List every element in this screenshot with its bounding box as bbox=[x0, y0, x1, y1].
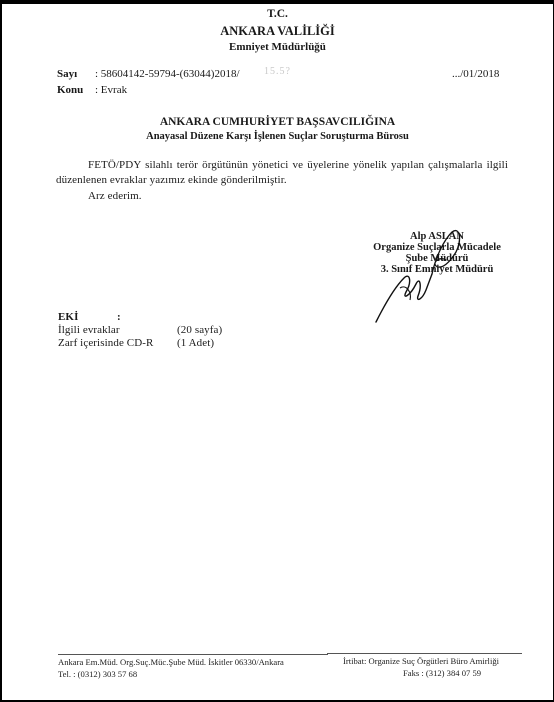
document-page: T.C. ANKARA VALİLİĞİ Emniyet Müdürlüğü S… bbox=[2, 4, 553, 700]
footer-fax: Faks : (312) 384 07 59 bbox=[403, 668, 481, 678]
attachment-item-name: Zarf içerisinde CD-R bbox=[58, 337, 153, 349]
attachment-item-name: İlgili evraklar bbox=[58, 324, 120, 336]
body-paragraph-line2: düzenlenen evraklar yazımız ekinde gönde… bbox=[56, 174, 287, 186]
addressee-title: ANKARA CUMHURİYET BAŞSAVCILIĞINA bbox=[2, 116, 553, 128]
header-tc: T.C. bbox=[2, 8, 553, 20]
addressee-bureau: Anayasal Düzene Karşı İşlenen Suçlar Sor… bbox=[2, 131, 553, 142]
header-valilik: ANKARA VALİLİĞİ bbox=[2, 24, 553, 39]
sayi-label: Sayı bbox=[57, 68, 77, 80]
footer-address: Ankara Em.Müd. Org.Suç.Müc.Şube Müd. İsk… bbox=[58, 657, 284, 667]
body-paragraph-line1: FETÖ/PDY silahlı terör örgütünün yönetic… bbox=[88, 159, 508, 171]
handwritten-signature-icon bbox=[370, 226, 480, 326]
attachment-item-qty: (20 sayfa) bbox=[177, 324, 222, 336]
closing: Arz ederim. bbox=[88, 190, 142, 202]
attachments-label: EKİ bbox=[58, 311, 78, 323]
sayi-stamp: 15.5? bbox=[264, 66, 291, 77]
footer-rule-left bbox=[58, 654, 328, 655]
footer-contact: İrtibat: Organize Suç Örgütleri Büro Ami… bbox=[343, 656, 499, 666]
footer-phone: Tel. : (0312) 303 57 68 bbox=[58, 669, 137, 679]
sayi-value: : 58604142-59794-(63044)2018/ bbox=[95, 68, 240, 80]
attachments-colon: : bbox=[117, 311, 121, 323]
attachment-item-qty: (1 Adet) bbox=[177, 337, 214, 349]
header-mudurluk: Emniyet Müdürlüğü bbox=[2, 41, 553, 53]
konu-value: : Evrak bbox=[95, 84, 127, 96]
date: .../01/2018 bbox=[452, 68, 499, 80]
konu-label: Konu bbox=[57, 84, 83, 96]
footer-rule-right bbox=[327, 653, 522, 654]
